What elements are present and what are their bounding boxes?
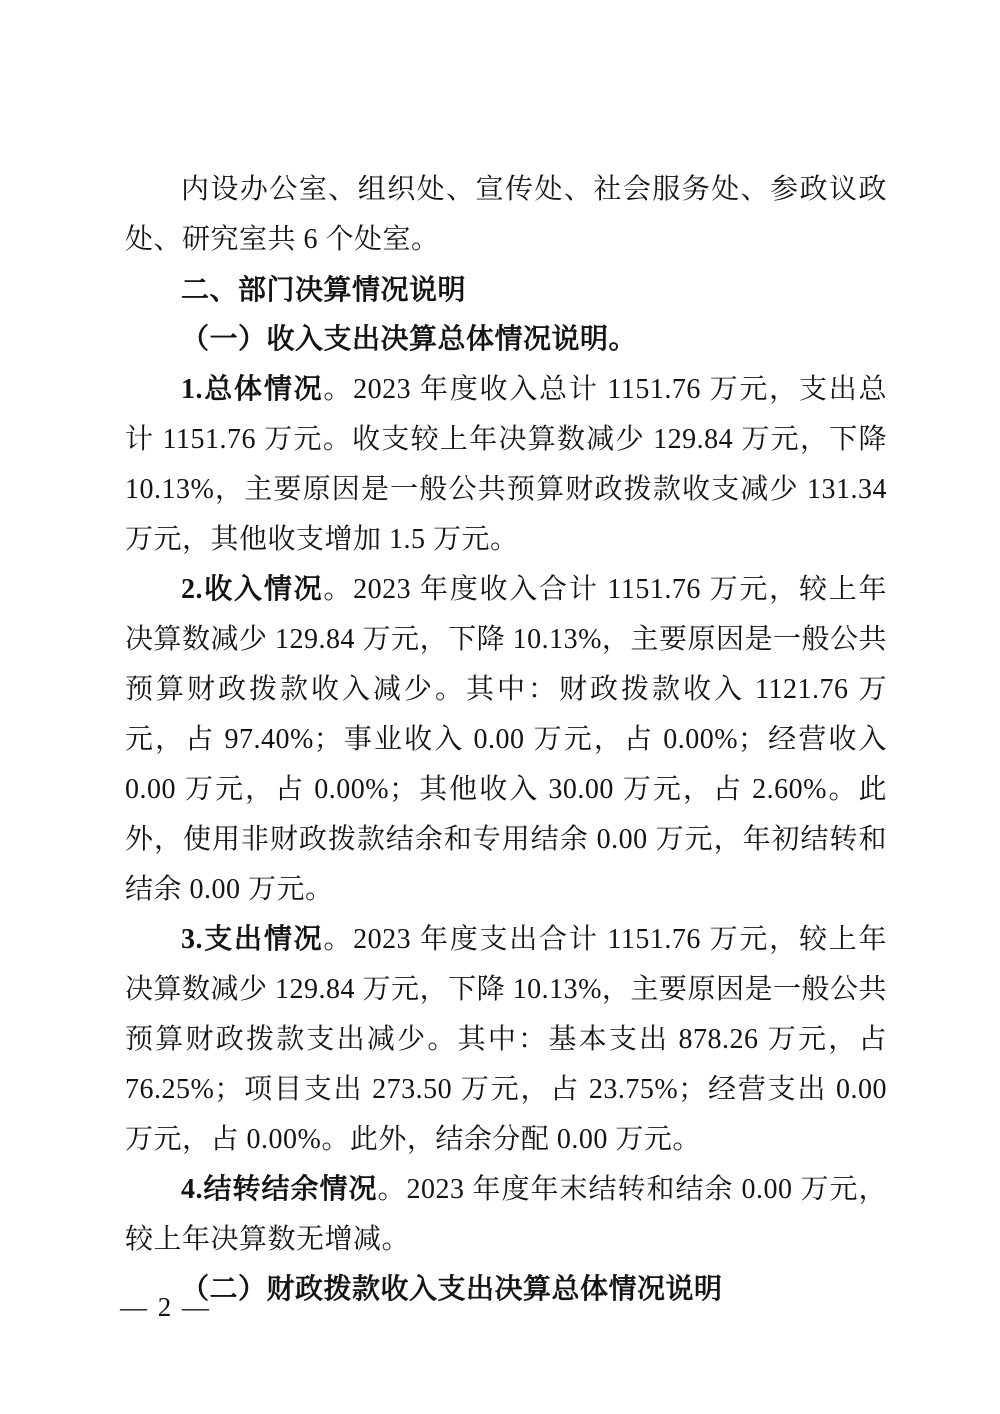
text-run: 二、部门决算情况说明 — [181, 274, 466, 305]
paragraph: 1.总体情况。2023 年度收入总计 1151.76 万元，支出总计 1151.… — [125, 365, 887, 565]
document-page: 内设办公室、组织处、宣传处、社会服务处、参政议政处、研究室共 6 个处室。二、部… — [0, 0, 1000, 1414]
section-heading: 二、部门决算情况说明 — [125, 265, 887, 315]
text-run: （二）财政拨款收入支出决算总体情况说明 — [181, 1274, 723, 1305]
text-run: 1.总体情况 — [181, 374, 323, 405]
text-run: 4.结转结余情况 — [181, 1174, 378, 1205]
text-run: 2.收入情况 — [181, 574, 323, 605]
page-number: — 2 — — [120, 1292, 211, 1323]
text-run: 。2023 年度收入合计 1151.76 万元，较上年决算数减少 129.84 … — [125, 574, 895, 905]
section-heading: （二）财政拨款收入支出决算总体情况说明 — [125, 1265, 887, 1315]
paragraph: 2.收入情况。2023 年度收入合计 1151.76 万元，较上年决算数减少 1… — [125, 565, 887, 915]
text-run: 。2023 年度支出合计 1151.76 万元，较上年决算数减少 129.84 … — [125, 924, 895, 1155]
text-run: （一）收入支出决算总体情况说明。 — [181, 324, 637, 355]
section-heading: （一）收入支出决算总体情况说明。 — [125, 315, 887, 365]
paragraph: 4.结转结余情况。2023 年度年末结转和结余 0.00 万元，较上年决算数无增… — [125, 1165, 887, 1265]
paragraph: 3.支出情况。2023 年度支出合计 1151.76 万元，较上年决算数减少 1… — [125, 915, 887, 1165]
paragraph: 内设办公室、组织处、宣传处、社会服务处、参政议政处、研究室共 6 个处室。 — [125, 165, 887, 265]
document-body: 内设办公室、组织处、宣传处、社会服务处、参政议政处、研究室共 6 个处室。二、部… — [125, 165, 887, 1315]
text-run: 3.支出情况 — [181, 924, 323, 955]
text-run: 内设办公室、组织处、宣传处、社会服务处、参政议政处、研究室共 6 个处室。 — [125, 174, 887, 255]
